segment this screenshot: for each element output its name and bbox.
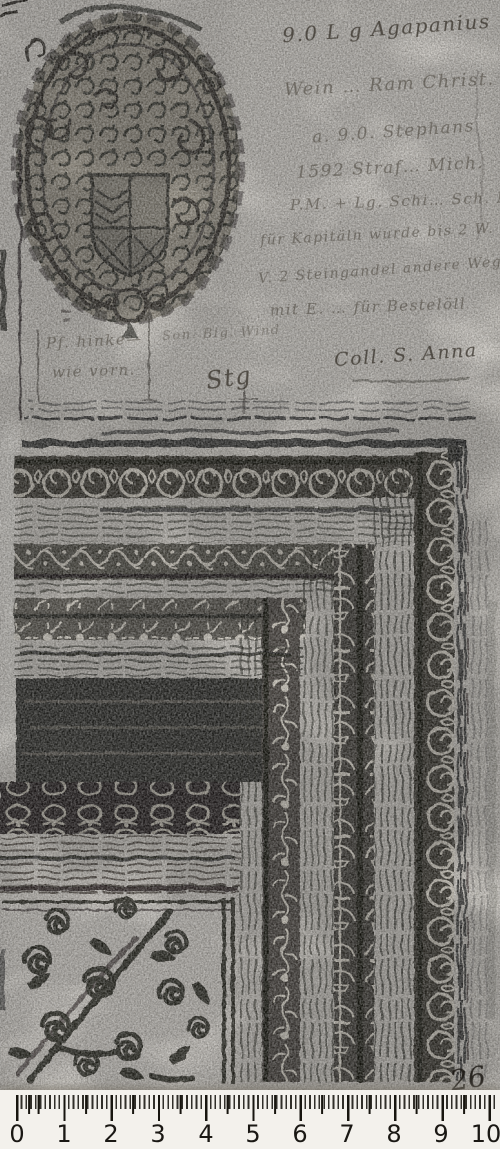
ruler-ticks-cm — [16, 1095, 498, 1121]
ruler-number: 2 — [103, 1120, 118, 1148]
ruler-tick-marks — [16, 1095, 498, 1121]
handwritten-left-note: wie vorn. — [52, 361, 136, 382]
ruler-number: 0 — [9, 1120, 24, 1148]
centimeter-ruler: 0 1 2 3 4 5 6 7 8 9 10 — [0, 1090, 500, 1149]
scanned-sheet: ·S·COGGVIOR· — [0, 0, 500, 1149]
ruler-number: 3 — [150, 1120, 165, 1148]
ruler-number: 8 — [386, 1120, 401, 1148]
ruler-number: 6 — [292, 1120, 307, 1148]
ruler-number: 5 — [245, 1120, 260, 1148]
ruler-number: 9 — [433, 1120, 448, 1148]
ruler-number: 4 — [198, 1120, 213, 1148]
ruler-number: 10 — [471, 1120, 500, 1148]
ruler-number: 1 — [56, 1120, 71, 1148]
ruler-number: 7 — [339, 1120, 354, 1148]
